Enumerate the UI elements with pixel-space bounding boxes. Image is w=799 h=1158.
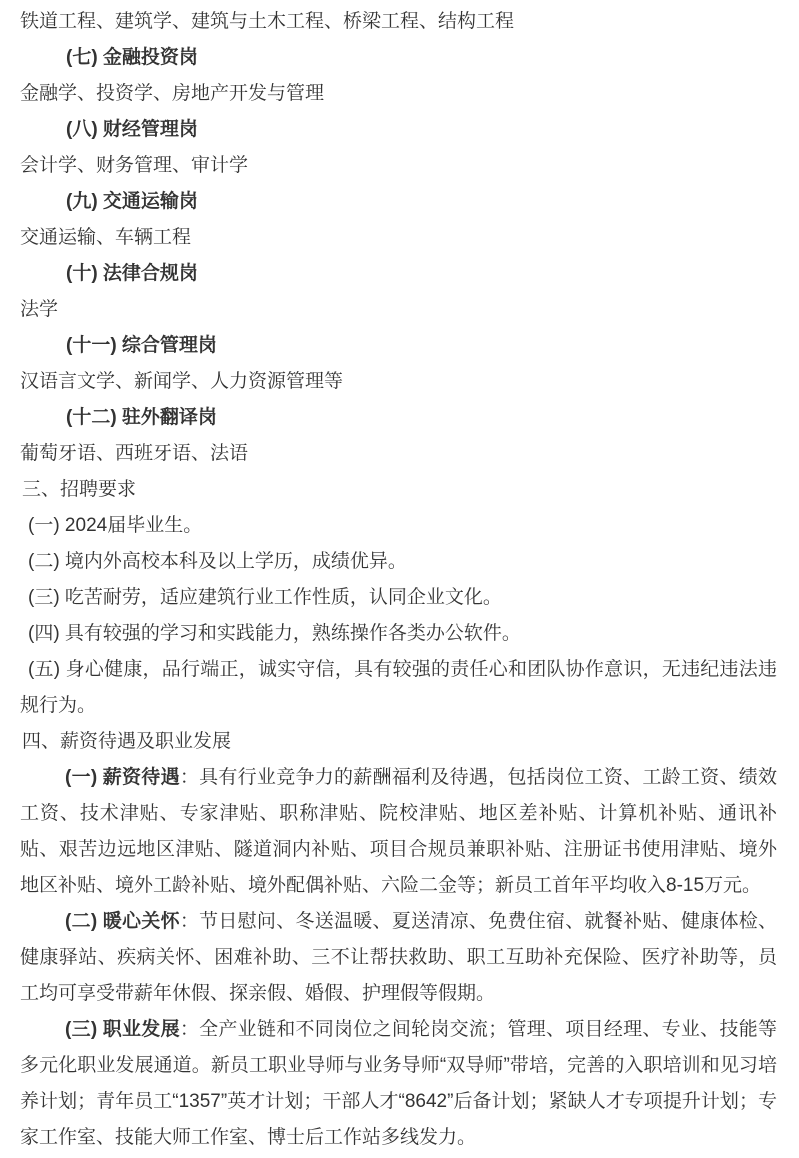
position-heading: (十二) 驻外翻译岗 — [20, 400, 777, 436]
position-heading: (十) 法律合规岗 — [20, 256, 777, 292]
paragraph-lead: (三) 职业发展 — [65, 1019, 180, 1040]
position-heading: (十一) 综合管理岗 — [20, 328, 777, 364]
section-heading-requirements: 三、招聘要求 — [20, 472, 777, 508]
benefit-paragraph: (三) 职业发展：全产业链和不同岗位之间轮岗交流；管理、项目经理、专业、技能等多… — [20, 1012, 777, 1156]
requirement-item: (四) 具有较强的学习和实践能力，熟练操作各类办公软件。 — [20, 616, 777, 652]
majors-line: 汉语言文学、新闻学、人力资源管理等 — [20, 364, 777, 400]
benefit-paragraph: (一) 薪资待遇：具有行业竞争力的薪酬福利及待遇，包括岗位工资、工龄工资、绩效工… — [20, 760, 777, 904]
paragraph-lead: (一) 薪资待遇 — [65, 767, 180, 788]
position-heading: (八) 财经管理岗 — [20, 112, 777, 148]
position-heading: (七) 金融投资岗 — [20, 40, 777, 76]
benefit-paragraph: (二) 暖心关怀：节日慰问、冬送温暖、夏送清凉、免费住宿、就餐补贴、健康体检、健… — [20, 904, 777, 1012]
majors-line: 葡萄牙语、西班牙语、法语 — [20, 436, 777, 472]
requirement-item: (五) 身心健康，品行端正，诚实守信，具有较强的责任心和团队协作意识，无违纪违法… — [20, 652, 777, 724]
majors-line: 法学 — [20, 292, 777, 328]
majors-line: 铁道工程、建筑学、建筑与土木工程、桥梁工程、结构工程 — [20, 4, 777, 40]
requirement-item: (三) 吃苦耐劳，适应建筑行业工作性质，认同企业文化。 — [20, 580, 777, 616]
section-heading-compensation: 四、薪资待遇及职业发展 — [20, 724, 777, 760]
majors-line: 会计学、财务管理、审计学 — [20, 148, 777, 184]
recruitment-document: 铁道工程、建筑学、建筑与土木工程、桥梁工程、结构工程 (七) 金融投资岗 金融学… — [0, 0, 799, 1156]
majors-line: 金融学、投资学、房地产开发与管理 — [20, 76, 777, 112]
position-heading: (九) 交通运输岗 — [20, 184, 777, 220]
majors-line: 交通运输、车辆工程 — [20, 220, 777, 256]
requirement-item: (一) 2024届毕业生。 — [20, 508, 777, 544]
paragraph-lead: (二) 暖心关怀 — [65, 911, 180, 932]
requirement-item: (二) 境内外高校本科及以上学历，成绩优异。 — [20, 544, 777, 580]
